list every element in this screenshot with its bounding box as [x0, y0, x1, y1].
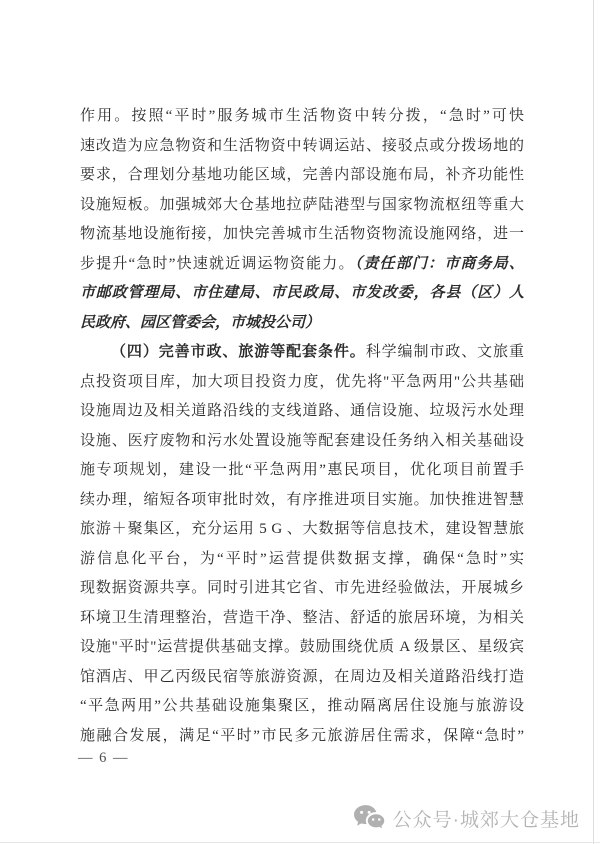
body-text: 要求，合理划分基地功能区域，完善内部设施布局，补齐功能性 — [80, 167, 524, 183]
text-line: 旅游＋聚集区，充分运用 5 G 、大数据等信息技术，建设智慧旅 — [80, 515, 524, 545]
body-text: 续办理，缩短各项审批时效，有序推进项目实施。加快推进智慧 — [80, 492, 524, 508]
body-text: 设施周边及相关道路沿线的支线道路、通信设施、垃圾污水处理 — [80, 403, 524, 419]
text-line: 馆酒店、甲乙丙级民宿等旅游资源，在周边及相关道路沿线打造 — [80, 663, 524, 693]
body-text: 物流基地设施衔接，加快完善城市生活物资物流设施网络，进一 — [80, 226, 524, 242]
text-line: 现数据资源共享。同时引进其它省、市先进经验做法，开展城乡 — [80, 574, 524, 604]
document-page: { "page": { "background": "#ffffff", "te… — [0, 0, 600, 844]
body-text: 设施短板。加强城郊大仓基地拉萨陆港型与国家物流枢纽等重大 — [80, 197, 524, 213]
page-edge-right — [593, 0, 594, 844]
watermark-text: 公众号·城郊大仓基地 — [393, 805, 580, 832]
body-text: 设施、医疗废物和污水处置设施等配套建设任务纳入相关基础设 — [80, 433, 524, 449]
body-text: 施专项规划，建设一批“平急两用”惠民项目，优化项目前置手 — [80, 462, 524, 478]
section-heading: （四）完善市政、旅游等配套条件。 — [111, 344, 366, 360]
responsibility-text: （责任部门：市商务局、 — [355, 256, 524, 272]
body-text: “平急两用”公共基础设施集聚区，推动隔离居住设施与旅游设 — [80, 698, 524, 714]
text-line: 设施短板。加强城郊大仓基地拉萨陆港型与国家物流枢纽等重大 — [80, 191, 524, 221]
text-line: （四）完善市政、旅游等配套条件。科学编制市政、文旅重 — [80, 338, 524, 368]
text-line: 速改造为应急物资和生活物资中转调运站、接驳点或分拨场地的 — [80, 132, 524, 162]
responsibility-text: 民政府、园区管委会，市城投公司） — [80, 315, 320, 331]
text-line: 民政府、园区管委会，市城投公司） — [80, 309, 524, 339]
text-line: 设施、医疗废物和污水处置设施等配套建设任务纳入相关基础设 — [80, 427, 524, 457]
body-text: 馆酒店、甲乙丙级民宿等旅游资源，在周边及相关道路沿线打造 — [80, 669, 524, 685]
text-line: 设施"平时"运营提供基础支撑。鼓励围绕优质 A 级景区、星级宾 — [80, 633, 524, 663]
text-line: 市邮政管理局、市住建局、市民政局、市发改委，各县（区）人 — [80, 279, 524, 309]
text-line: 步提升“急时”快速就近调运物资能力。（责任部门：市商务局、 — [80, 250, 524, 280]
wechat-icon — [353, 804, 386, 832]
body-text: 旅游＋聚集区，充分运用 5 G 、大数据等信息技术，建设智慧旅 — [80, 521, 524, 537]
page-number: — 6 — — [78, 750, 129, 767]
text-line: 物流基地设施衔接，加快完善城市生活物资物流设施网络，进一 — [80, 220, 524, 250]
text-line: 施融合发展，满足“平时”市民多元旅游居住需求，保障“急时” — [80, 722, 524, 752]
text-line: 游信息化平台，为“平时”运营提供数据支撑，确保“急时”实 — [80, 545, 524, 575]
body-text: 科学编制市政、文旅重 — [366, 344, 524, 360]
body-text: 设施"平时"运营提供基础支撑。鼓励围绕优质 A 级景区、星级宾 — [80, 639, 524, 655]
body-text: 施融合发展，满足“平时”市民多元旅游居住需求，保障“急时” — [80, 728, 524, 744]
text-line: 设施周边及相关道路沿线的支线道路、通信设施、垃圾污水处理 — [80, 397, 524, 427]
body-text: 现数据资源共享。同时引进其它省、市先进经验做法，开展城乡 — [80, 580, 524, 596]
body-text: 游信息化平台，为“平时”运营提供数据支撑，确保“急时”实 — [80, 551, 524, 567]
body-text: 环境卫生清理整治，营造干净、整洁、舒适的旅居环境，为相关 — [80, 610, 524, 626]
body-text: 作用。按照“平时”服务城市生活物资中转分拨，“急时”可快 — [80, 108, 524, 124]
body-text: 步提升“急时”快速就近调运物资能力。 — [80, 256, 355, 272]
responsibility-text: 市邮政管理局、市住建局、市民政局、市发改委，各县（区）人 — [80, 285, 524, 301]
text-line: 续办理，缩短各项审批时效，有序推进项目实施。加快推进智慧 — [80, 486, 524, 516]
document-body: 作用。按照“平时”服务城市生活物资中转分拨，“急时”可快速改造为应急物资和生活物… — [80, 102, 524, 751]
watermark: 公众号·城郊大仓基地 — [353, 804, 580, 832]
page-edge-bottom — [0, 842, 600, 843]
body-text: 点投资项目库，加大项目投资力度，优先将"平急两用"公共基础 — [80, 374, 524, 390]
body-text: 速改造为应急物资和生活物资中转调运站、接驳点或分拨场地的 — [80, 138, 524, 154]
text-line: 施专项规划，建设一批“平急两用”惠民项目，优化项目前置手 — [80, 456, 524, 486]
text-line: 要求，合理划分基地功能区域，完善内部设施布局，补齐功能性 — [80, 161, 524, 191]
text-line: 作用。按照“平时”服务城市生活物资中转分拨，“急时”可快 — [80, 102, 524, 132]
text-line: 环境卫生清理整治，营造干净、整洁、舒适的旅居环境，为相关 — [80, 604, 524, 634]
text-line: 点投资项目库，加大项目投资力度，优先将"平急两用"公共基础 — [80, 368, 524, 398]
text-line: “平急两用”公共基础设施集聚区，推动隔离居住设施与旅游设 — [80, 692, 524, 722]
